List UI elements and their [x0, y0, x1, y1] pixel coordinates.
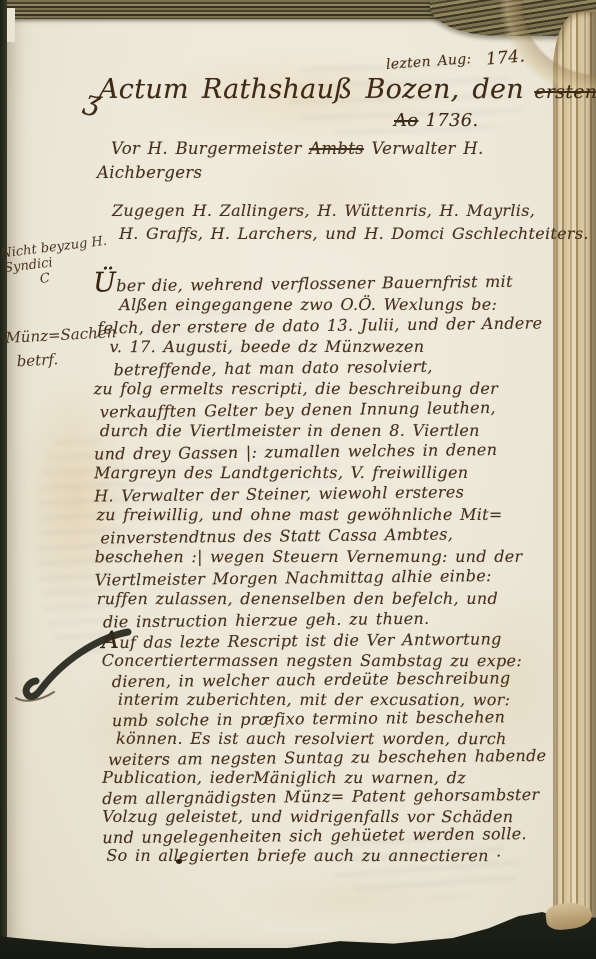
manuscript-line: und ungelegenheiten sich gehüetet werden…: [102, 824, 546, 848]
presiding-struck-word: Ambts: [309, 139, 364, 158]
presiding-rest: Verwalter H.: [371, 139, 483, 158]
manuscript-line: weiters am negsten Suntag zu beschehen h…: [108, 746, 546, 770]
manuscript-line: Volzug geleistet, und widrigenfalls vor …: [102, 806, 546, 826]
manuscript-line: durch die Viertlmeister in denen 8. Vier…: [100, 420, 543, 441]
folio-number: 174.: [485, 46, 526, 69]
manuscript-line: zu folg ermelts rescripti, die beschreib…: [94, 378, 543, 399]
manuscript-line: ruffen zulassen, denenselben den befelch…: [97, 588, 544, 609]
struck-date: ersten 7bris: [534, 81, 596, 103]
attendees-line: Zugegen H. Zallingers, H. Wüttenris, H. …: [112, 201, 535, 220]
manuscript-line: interim zuberichten, mit der excusation,…: [118, 689, 546, 709]
year-line: Ao1736.: [394, 110, 478, 131]
presiding-prefix: Vor H. Burgermeister: [111, 139, 302, 158]
manuscript-line: Concertiertermassen negsten Sambstag zu …: [102, 650, 546, 670]
manuscript-line: Margreyn des Landtgerichts, V. freiwilli…: [94, 462, 543, 483]
manuscript-line: umb solche in præfixo termino nit besche…: [112, 707, 546, 731]
manuscript-line: Publication, iederMäniglich zu warnen, d…: [102, 767, 546, 787]
manuscript-line: und drey Gassen |: zumallen welches in d…: [94, 438, 543, 464]
manuscript-line: verkaufften Gelter bey denen Innung leut…: [100, 396, 543, 422]
manuscript-line: dem allergnädigsten Münz= Patent gehorsa…: [102, 785, 546, 809]
manuscript-line: So in allegierten briefe auch zu annecti…: [106, 845, 546, 865]
actum-text: Actum Rathshauß Bozen, den: [99, 74, 524, 105]
attendees-line: H. Graffs, H. Larchers, und H. Domci Gsc…: [119, 224, 589, 243]
body-paragraph-1: Über die, wehrend verflossener Bauernfri…: [93, 269, 544, 631]
manuscript-line: einverstendtnus des Statt Cassa Ambtes,: [100, 522, 543, 548]
manuscript-line: H. Verwalter der Steiner, wiewohl erster…: [94, 480, 543, 506]
presiding-name: Aichbergers: [97, 163, 202, 182]
manuscript-line: v. 17. Augusti, beede dz Münzwezen: [109, 336, 542, 357]
manuscript-line: Über die, wehrend verflossener Bauernfri…: [93, 267, 542, 296]
body-paragraph-2: Auf das lezte Rescript ist die Ver Antwo…: [102, 628, 547, 866]
manuscript-line: beschehen :| wegen Steuern Vernemung: un…: [95, 546, 544, 567]
manuscript-line: felch, der erstere de dato 13. Julii, un…: [97, 312, 542, 338]
manuscript-line: Viertlmeister Morgen Nachmittag alhie ei…: [95, 564, 544, 590]
actum-header-line: Actum Rathshauß Bozen, den ersten 7bris: [99, 74, 596, 105]
year-text: 1736.: [425, 110, 478, 131]
manuscript-line: dieren, in welcher auch erdeüte beschrei…: [112, 668, 546, 692]
manuscript-line: Auf das lezte Rescript ist die Ver Antwo…: [102, 627, 547, 653]
manuscript-scan: 174. ʒ Actum Rathshauß Bozen, den ersten…: [0, 0, 596, 959]
book-gutter-edge: [0, 0, 7, 959]
presiding-line: Vor H. Burgermeister Ambts Verwalter H.: [111, 139, 484, 158]
manuscript-line: können. Es ist auch resolviert worden, d…: [116, 728, 546, 748]
ink-blot: [176, 859, 182, 864]
manuscript-line: zu freiwillig, und ohne mast gewöhnliche…: [96, 504, 543, 525]
book-fore-edge: [553, 12, 596, 932]
manuscript-line: Alßen eingegangene zwo O.Ö. Wexlungs be:: [119, 294, 542, 315]
struck-year-prefix: Ao: [394, 110, 418, 131]
manuscript-line: betreffende, hat man dato resolviert,: [113, 355, 542, 381]
